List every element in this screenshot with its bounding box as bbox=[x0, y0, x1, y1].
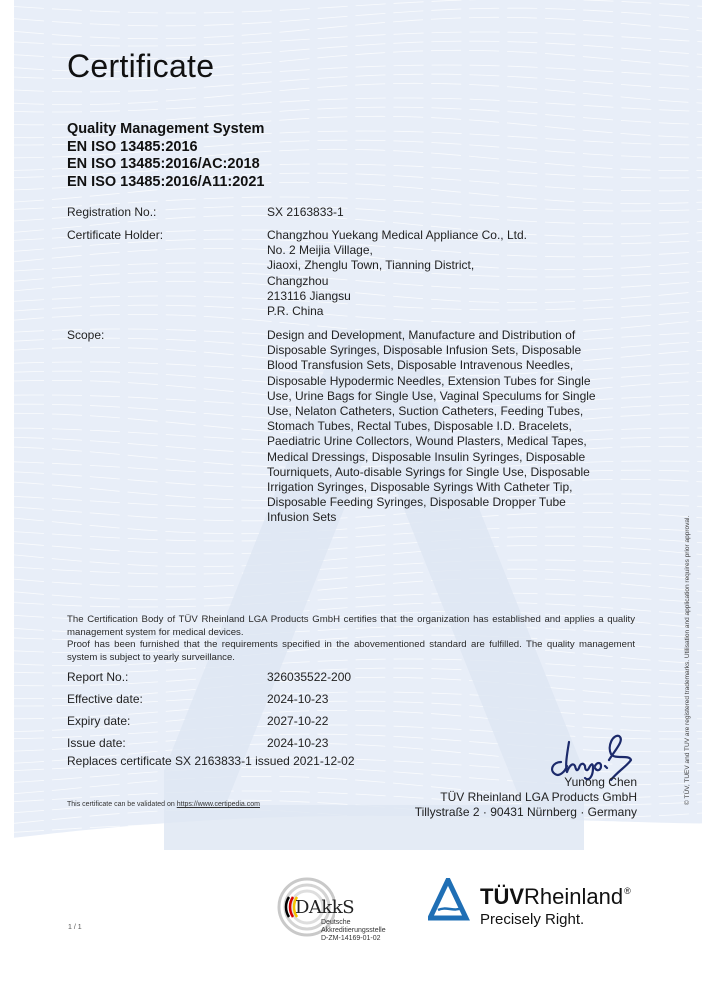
dakks-line: Akkreditierungsstelle bbox=[321, 927, 386, 935]
statement-paragraph: Proof has been furnished that the requir… bbox=[67, 639, 635, 664]
detail-value: 2024-10-23 bbox=[267, 736, 328, 750]
holder-line: No. 2 Meijia Village, bbox=[267, 243, 527, 258]
scope-line: Disposable Feeding Syringes, Disposable … bbox=[267, 495, 627, 510]
scope-line: Infusion Sets bbox=[267, 510, 627, 525]
registered-mark: ® bbox=[624, 886, 631, 896]
holder-line: Changzhou bbox=[267, 274, 527, 289]
dakks-logo: DAkkS Deutsche Akkreditierungsstelle D-Z… bbox=[275, 875, 405, 945]
detail-value: 2024-10-23 bbox=[267, 692, 328, 706]
trademark-note: © TÜV, TUEV and TUV are registered trade… bbox=[684, 516, 691, 805]
dakks-line: D-ZM-14169-01-02 bbox=[321, 935, 386, 943]
detail-label: Effective date: bbox=[67, 692, 143, 706]
scope-line: Blood Transfusion Sets, Disposable Intra… bbox=[267, 358, 627, 373]
scope-line: Use, Nelaton Catheters, Suction Catheter… bbox=[267, 404, 627, 419]
detail-value: 2027-10-22 bbox=[267, 714, 328, 728]
dakks-line: Deutsche bbox=[321, 919, 386, 927]
scope-line: Tourniquets, Auto-disable Syrings for Si… bbox=[267, 465, 627, 480]
scope-line: Medical Dressings, Disposable Insulin Sy… bbox=[267, 450, 627, 465]
signer-block: Yunong Chen TÜV Rheinland LGA Products G… bbox=[415, 775, 637, 820]
detail-label: Issue date: bbox=[67, 736, 126, 750]
scope-line: Design and Development, Manufacture and … bbox=[267, 328, 627, 343]
tuv-brand-regular: Rheinland bbox=[524, 884, 623, 909]
standards-list: Quality Management System EN ISO 13485:2… bbox=[67, 121, 265, 191]
signer-org: TÜV Rheinland LGA Products GmbH bbox=[415, 790, 637, 805]
detail-row-effective: Effective date: 2024-10-23 bbox=[67, 692, 143, 706]
certification-statement: The Certification Body of TÜV Rheinland … bbox=[67, 614, 635, 664]
tuv-brand: TÜVRheinland® bbox=[480, 884, 631, 910]
dakks-name: DAkkS bbox=[295, 897, 354, 918]
registration-label: Registration No.: bbox=[67, 205, 156, 220]
detail-row-issue: Issue date: 2024-10-23 bbox=[67, 736, 126, 750]
holder-line: Jiaoxi, Zhenglu Town, Tianning District, bbox=[267, 258, 527, 273]
registration-value: SX 2163833-1 bbox=[267, 205, 344, 220]
scope-line: Paediatric Urine Collectors, Wound Plast… bbox=[267, 434, 627, 449]
standard-heading: Quality Management System bbox=[67, 121, 265, 139]
signer-name: Yunong Chen bbox=[415, 775, 637, 790]
scope-line: Disposable Syringes, Disposable Infusion… bbox=[267, 343, 627, 358]
dakks-subtext: Deutsche Akkreditierungsstelle D-ZM-1416… bbox=[321, 919, 386, 943]
tuv-tagline: Precisely Right. bbox=[480, 911, 584, 928]
statement-paragraph: The Certification Body of TÜV Rheinland … bbox=[67, 614, 635, 639]
signer-address: Tillystraße 2 · 90431 Nürnberg · Germany bbox=[415, 805, 637, 820]
scope-line: Irrigation Syringes, Disposable Syrings … bbox=[267, 480, 627, 495]
validation-text: This certificate can be validated on bbox=[67, 801, 177, 808]
scope-text: Design and Development, Manufacture and … bbox=[267, 328, 627, 526]
detail-value: 326035522-200 bbox=[267, 670, 351, 684]
tuv-brand-bold: TÜV bbox=[480, 884, 524, 909]
validation-link[interactable]: https://www.certipedia.com bbox=[177, 801, 260, 808]
tuv-rheinland-logo: TÜVRheinland® Precisely Right. bbox=[428, 878, 648, 938]
detail-label: Expiry date: bbox=[67, 714, 130, 728]
standard-item: EN ISO 13485:2016/A11:2021 bbox=[67, 174, 265, 192]
scope-line: Disposable Hypodermic Needles, Extension… bbox=[267, 374, 627, 389]
detail-row-expiry: Expiry date: 2027-10-22 bbox=[67, 714, 130, 728]
certificate-title: Certificate bbox=[67, 48, 214, 85]
holder-address: Changzhou Yuekang Medical Appliance Co.,… bbox=[267, 228, 527, 319]
scope-line: Stomach Tubes, Rectal Tubes, Disposable … bbox=[267, 419, 627, 434]
replaces-note: Replaces certificate SX 2163833-1 issued… bbox=[67, 754, 355, 768]
detail-label: Report No.: bbox=[67, 670, 128, 684]
validation-note: This certificate can be validated on htt… bbox=[67, 801, 260, 808]
detail-row-report: Report No.: 326035522-200 bbox=[67, 670, 128, 684]
holder-label: Certificate Holder: bbox=[67, 228, 163, 243]
holder-line: Changzhou Yuekang Medical Appliance Co.,… bbox=[267, 228, 527, 243]
scope-label: Scope: bbox=[67, 328, 104, 343]
tuv-triangle-icon bbox=[428, 878, 478, 922]
page-number: 1 / 1 bbox=[68, 924, 82, 931]
holder-line: P.R. China bbox=[267, 304, 527, 319]
holder-line: 213116 Jiangsu bbox=[267, 289, 527, 304]
standard-item: EN ISO 13485:2016/AC:2018 bbox=[67, 156, 265, 174]
scope-line: Use, Urine Bags for Single Use, Vaginal … bbox=[267, 389, 627, 404]
standard-item: EN ISO 13485:2016 bbox=[67, 139, 265, 157]
